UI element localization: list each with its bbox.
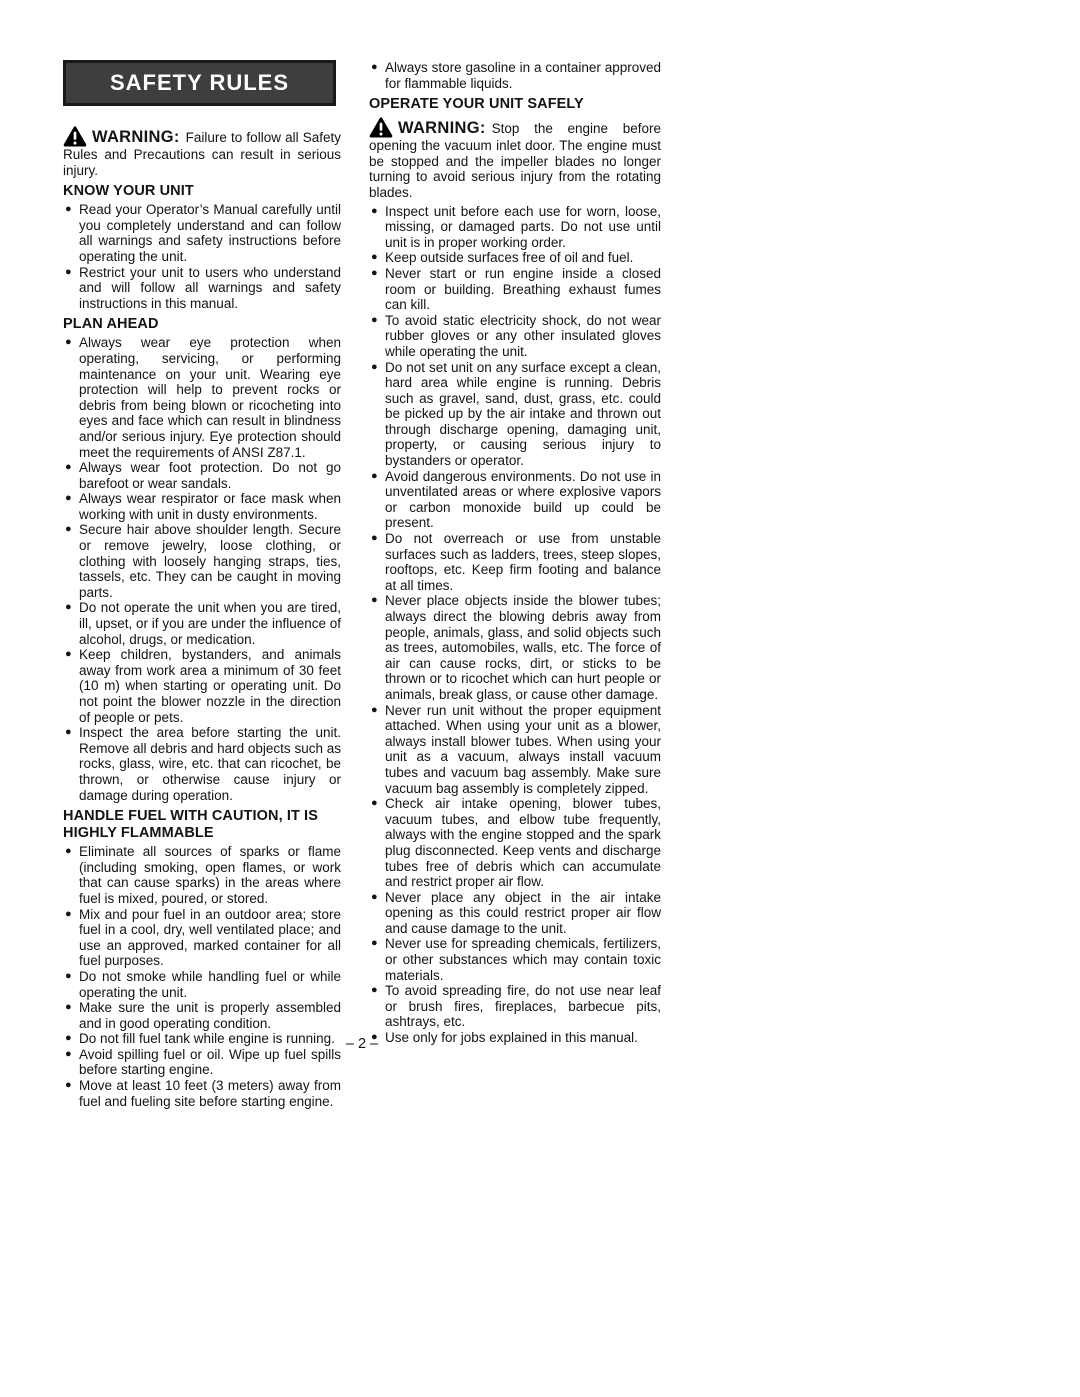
- bullet-text: Never place any object in the air intake…: [385, 890, 661, 937]
- bullet-text: Always wear respirator or face mask when…: [79, 491, 341, 522]
- bullet-dot-icon: ●: [369, 936, 385, 983]
- bullet-text: Keep children, bystanders, and animals a…: [79, 647, 341, 725]
- bullet-text: Avoid dangerous environments. Do not use…: [385, 469, 661, 531]
- bullet-item: ●Never use for spreading chemicals, fert…: [369, 936, 661, 983]
- bullet-dot-icon: ●: [369, 890, 385, 937]
- bullet-text: Do not smoke while handling fuel or whil…: [79, 969, 341, 1000]
- bullet-item: ●Make sure the unit is properly assemble…: [63, 1000, 341, 1031]
- bullet-dot-icon: ●: [369, 60, 385, 91]
- bullet-item: ●Inspect unit before each use for worn, …: [369, 204, 661, 251]
- bullet-item: ●Avoid dangerous environments. Do not us…: [369, 469, 661, 531]
- bullet-item: ●Do not operate the unit when you are ti…: [63, 600, 341, 647]
- bullet-item: ●Never start or run engine inside a clos…: [369, 266, 661, 313]
- bullet-item: ●To avoid spreading fire, do not use nea…: [369, 983, 661, 1030]
- bullet-text: Always wear eye protection when operatin…: [79, 335, 341, 460]
- bullet-item: ●Mix and pour fuel in an outdoor area; s…: [63, 907, 341, 969]
- bullet-dot-icon: ●: [369, 469, 385, 531]
- bullet-dot-icon: ●: [63, 335, 79, 460]
- right-column: ●Always store gasoline in a container ap…: [369, 60, 661, 1046]
- bullet-text: Move at least 10 feet (3 meters) away fr…: [79, 1078, 341, 1109]
- bullet-text: Inspect unit before each use for worn, l…: [385, 204, 661, 251]
- bullet-item: ●Inspect the area before starting the un…: [63, 725, 341, 803]
- bullet-dot-icon: ●: [369, 266, 385, 313]
- bullet-dot-icon: ●: [369, 531, 385, 593]
- bullet-text: Restrict your unit to users who understa…: [79, 265, 341, 312]
- bullet-text: Do not set unit on any surface except a …: [385, 360, 661, 469]
- page-number: – 2 –: [63, 1036, 661, 1052]
- warning-note: WARNING:Stop the engine before opening t…: [369, 117, 661, 200]
- bullet-item: ●Do not overreach or use from unstable s…: [369, 531, 661, 593]
- bullet-dot-icon: ●: [369, 703, 385, 797]
- bullet-dot-icon: ●: [63, 600, 79, 647]
- bullet-text: Always wear foot protection. Do not go b…: [79, 460, 341, 491]
- bullet-dot-icon: ●: [369, 983, 385, 1030]
- document-page: SAFETY RULES WARNING:Failure to follow a…: [0, 0, 1080, 1397]
- warning-triangle-icon: [63, 126, 87, 147]
- bullet-dot-icon: ●: [63, 969, 79, 1000]
- right-column-blocks: ●Always store gasoline in a container ap…: [369, 60, 661, 1046]
- bullet-text: Eliminate all sources of sparks or flame…: [79, 844, 341, 906]
- section-heading: HANDLE FUEL WITH CAUTION, IT IS HIGHLY F…: [63, 808, 341, 842]
- bullet-dot-icon: ●: [369, 204, 385, 251]
- warning-label: WARNING:: [398, 119, 486, 137]
- bullet-item: ●Eliminate all sources of sparks or flam…: [63, 844, 341, 906]
- bullet-item: ●Keep children, bystanders, and animals …: [63, 647, 341, 725]
- warning-note: WARNING:Failure to follow all Safety Rul…: [63, 126, 341, 178]
- page-content: SAFETY RULES WARNING:Failure to follow a…: [63, 60, 661, 1109]
- bullet-dot-icon: ●: [63, 1000, 79, 1031]
- bullet-dot-icon: ●: [369, 313, 385, 360]
- bullet-item: ●Move at least 10 feet (3 meters) away f…: [63, 1078, 341, 1109]
- bullet-text: Never place objects inside the blower tu…: [385, 593, 661, 702]
- bullet-item: ●Do not set unit on any surface except a…: [369, 360, 661, 469]
- bullet-dot-icon: ●: [369, 796, 385, 890]
- section-heading: OPERATE YOUR UNIT SAFELY: [369, 96, 661, 113]
- bullet-text: To avoid static electricity shock, do no…: [385, 313, 661, 360]
- bullet-item: ●Never place any object in the air intak…: [369, 890, 661, 937]
- left-column-blocks: WARNING:Failure to follow all Safety Rul…: [63, 126, 341, 1109]
- bullet-text: Keep outside surfaces free of oil and fu…: [385, 250, 661, 266]
- bullet-item: ●Restrict your unit to users who underst…: [63, 265, 341, 312]
- bullet-text: Inspect the area before starting the uni…: [79, 725, 341, 803]
- section-heading: PLAN AHEAD: [63, 316, 341, 333]
- bullet-text: Do not operate the unit when you are tir…: [79, 600, 341, 647]
- left-column: SAFETY RULES WARNING:Failure to follow a…: [63, 60, 341, 1109]
- page-title: SAFETY RULES: [110, 70, 289, 96]
- bullet-dot-icon: ●: [63, 202, 79, 264]
- bullet-dot-icon: ●: [63, 1078, 79, 1109]
- safety-rules-title-box: SAFETY RULES: [63, 60, 336, 106]
- bullet-item: ●Check air intake opening, blower tubes,…: [369, 796, 661, 890]
- bullet-dot-icon: ●: [63, 265, 79, 312]
- bullet-text: Never use for spreading chemicals, ferti…: [385, 936, 661, 983]
- bullet-item: ●Keep outside surfaces free of oil and f…: [369, 250, 661, 266]
- bullet-text: Mix and pour fuel in an outdoor area; st…: [79, 907, 341, 969]
- bullet-item: ●To avoid static electricity shock, do n…: [369, 313, 661, 360]
- bullet-item: ●Never run unit without the proper equip…: [369, 703, 661, 797]
- bullet-text: Never run unit without the proper equipm…: [385, 703, 661, 797]
- bullet-text: Make sure the unit is properly assembled…: [79, 1000, 341, 1031]
- bullet-item: ●Read your Operator’s Manual carefully u…: [63, 202, 341, 264]
- bullet-item: ●Never place objects inside the blower t…: [369, 593, 661, 702]
- bullet-dot-icon: ●: [63, 460, 79, 491]
- bullet-item: ●Always store gasoline in a container ap…: [369, 60, 661, 91]
- bullet-text: Always store gasoline in a container app…: [385, 60, 661, 91]
- bullet-dot-icon: ●: [63, 907, 79, 969]
- bullet-item: ●Always wear eye protection when operati…: [63, 335, 341, 460]
- bullet-text: Never start or run engine inside a close…: [385, 266, 661, 313]
- bullet-dot-icon: ●: [63, 647, 79, 725]
- bullet-text: Check air intake opening, blower tubes, …: [385, 796, 661, 890]
- warning-triangle-icon: [369, 117, 393, 138]
- warning-label: WARNING:: [92, 128, 180, 146]
- section-heading: KNOW YOUR UNIT: [63, 183, 341, 200]
- bullet-text: Read your Operator’s Manual carefully un…: [79, 202, 341, 264]
- bullet-item: ●Always wear foot protection. Do not go …: [63, 460, 341, 491]
- bullet-dot-icon: ●: [63, 522, 79, 600]
- bullet-dot-icon: ●: [63, 491, 79, 522]
- bullet-text: Secure hair above shoulder length. Secur…: [79, 522, 341, 600]
- bullet-item: ●Secure hair above shoulder length. Secu…: [63, 522, 341, 600]
- bullet-text: Do not overreach or use from unstable su…: [385, 531, 661, 593]
- bullet-dot-icon: ●: [369, 593, 385, 702]
- bullet-dot-icon: ●: [369, 360, 385, 469]
- bullet-dot-icon: ●: [63, 844, 79, 906]
- bullet-text: To avoid spreading fire, do not use near…: [385, 983, 661, 1030]
- bullet-item: ●Always wear respirator or face mask whe…: [63, 491, 341, 522]
- bullet-dot-icon: ●: [369, 250, 385, 266]
- bullet-item: ●Do not smoke while handling fuel or whi…: [63, 969, 341, 1000]
- bullet-dot-icon: ●: [63, 725, 79, 803]
